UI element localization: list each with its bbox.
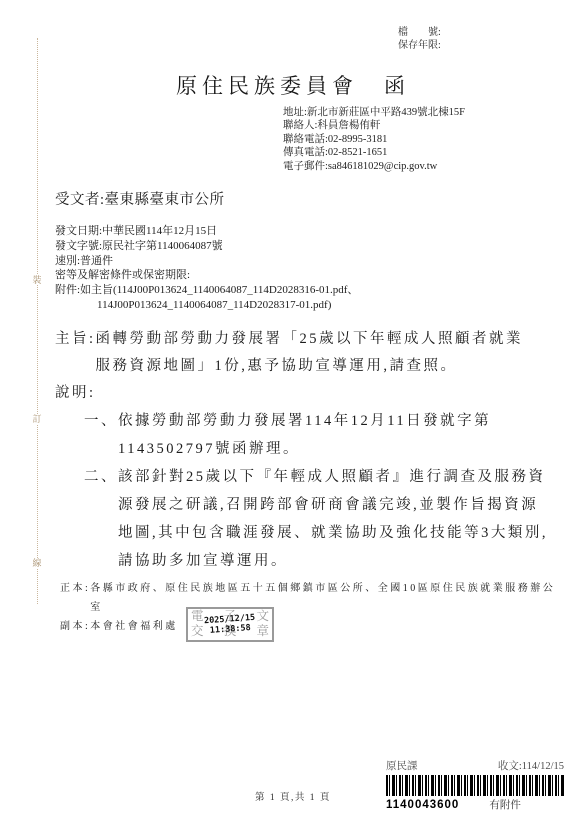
meta-block: 發文日期:中華民國114年12月15日 發文字號:原民社字第1140064087… [55, 224, 358, 313]
copies-block: 正本: 各縣市政府、原住民族地區五十五個鄉鎮市區公所、全國10區原住民族就業服務… [60, 579, 558, 636]
document-title: 原住民族委員會 函 [0, 70, 586, 100]
original-copy-label: 正本: [60, 579, 90, 598]
attachment-note: 有附件 [489, 797, 521, 812]
meta-issue-date: 發文日期:中華民國114年12月15日 [55, 224, 358, 239]
item-number: 二、 [84, 463, 118, 491]
stamp-char: 文 [256, 609, 269, 624]
original-copy-recipients: 各縣市政府、原住民族地區五十五個鄉鎮市區公所、全國10區原住民族就業服務辦公室 [90, 579, 558, 617]
stamp-char: 電 [191, 609, 204, 624]
cc-copy-line: 副本: 本會社會福利處 [60, 617, 558, 636]
sender-address: 地址:新北市新莊區中平路439號北棟15F [283, 106, 465, 119]
item-number: 一、 [84, 407, 118, 435]
sender-email: 電子郵件:sa846181029@cip.gov.tw [283, 160, 465, 173]
retention-period-label: 保存年限: [398, 39, 441, 52]
stamp-char: 交 [191, 624, 204, 639]
binding-dotted-line [37, 38, 38, 604]
subject-label: 主旨: [55, 326, 96, 353]
cc-copy-recipients: 本會社會福利處 [90, 617, 558, 636]
description-item-2: 二、 該部針對25歲以下『年輕成人照顧者』進行調查及服務資源發展之研議,召開跨部… [84, 463, 548, 575]
meta-speed: 速別:普通件 [55, 254, 358, 269]
received-stamp-header: 原民課 收文:114/12/15 [386, 758, 564, 773]
sender-info-block: 地址:新北市新莊區中平路439號北棟15F 聯絡人:科員詹楊侑軒 聯絡電話:02… [283, 106, 465, 173]
binding-char-ding: 訂 [31, 414, 43, 424]
subject-block: 主旨: 函轉勞動部勞動力發展署「25歲以下年輕成人照顧者就業服務資源地圖」1份,… [55, 326, 526, 380]
exchange-timestamp: 2025/12/15 11:38:58 [204, 613, 256, 636]
item-text: 該部針對25歲以下『年輕成人照顧者』進行調查及服務資源發展之研議,召開跨部會研商… [118, 463, 548, 575]
receiving-unit: 原民課 [386, 758, 418, 773]
binding-char-zhuang: 裝 [31, 275, 43, 285]
stamp-char: 章 [256, 624, 269, 639]
item-text: 依據勞動部勞動力發展署114年12月11日發就字第1143502797號函辦理。 [118, 407, 548, 463]
binding-char-xian: 線 [31, 558, 43, 568]
cc-copy-label: 副本: [60, 617, 90, 636]
barcode [386, 775, 564, 796]
electronic-exchange-stamp: 電 子 文 交 換 章 2025/12/15 11:38:58 [186, 607, 274, 642]
meta-attachment: 附件:如主旨(114J00P013624_1140064087_114D2028… [55, 283, 358, 298]
barcode-number: 1140043600 [386, 799, 459, 811]
sender-contact-person: 聯絡人:科員詹楊侑軒 [283, 119, 465, 132]
received-date: 收文:114/12/15 [498, 758, 564, 773]
meta-doc-number: 發文字號:原民社字第1140064087號 [55, 239, 358, 254]
document-page: 裝 訂 線 檔 號: 保存年限: 原住民族委員會 函 地址:新北市新莊區中平路4… [0, 0, 586, 828]
meta-security: 密等及解密條件或保密期限: [55, 268, 358, 283]
sender-fax: 傳真電話:02-8521-1651 [283, 146, 465, 159]
original-copy-line: 正本: 各縣市政府、原住民族地區五十五個鄉鎮市區公所、全國10區原住民族就業服務… [60, 579, 558, 617]
subject-text: 函轉勞動部勞動力發展署「25歲以下年輕成人照顧者就業服務資源地圖」1份,惠予協助… [96, 326, 526, 380]
description-label: 說明: [55, 381, 96, 402]
description-item-1: 一、 依據勞動部勞動力發展署114年12月11日發就字第1143502797號函… [84, 407, 548, 463]
file-number-block: 檔 號: 保存年限: [398, 26, 441, 52]
received-stamp-block: 原民課 收文:114/12/15 1140043600 有附件 [386, 758, 564, 812]
recipient-line: 受文者:臺東縣臺東市公所 [55, 188, 225, 209]
file-number-label: 檔 號: [398, 26, 441, 39]
sender-phone: 聯絡電話:02-8995-3181 [283, 133, 465, 146]
meta-attachment-continued: 114J00P013624_1140064087_114D2028317-01.… [55, 298, 358, 313]
received-stamp-footer: 1140043600 有附件 [386, 797, 564, 812]
